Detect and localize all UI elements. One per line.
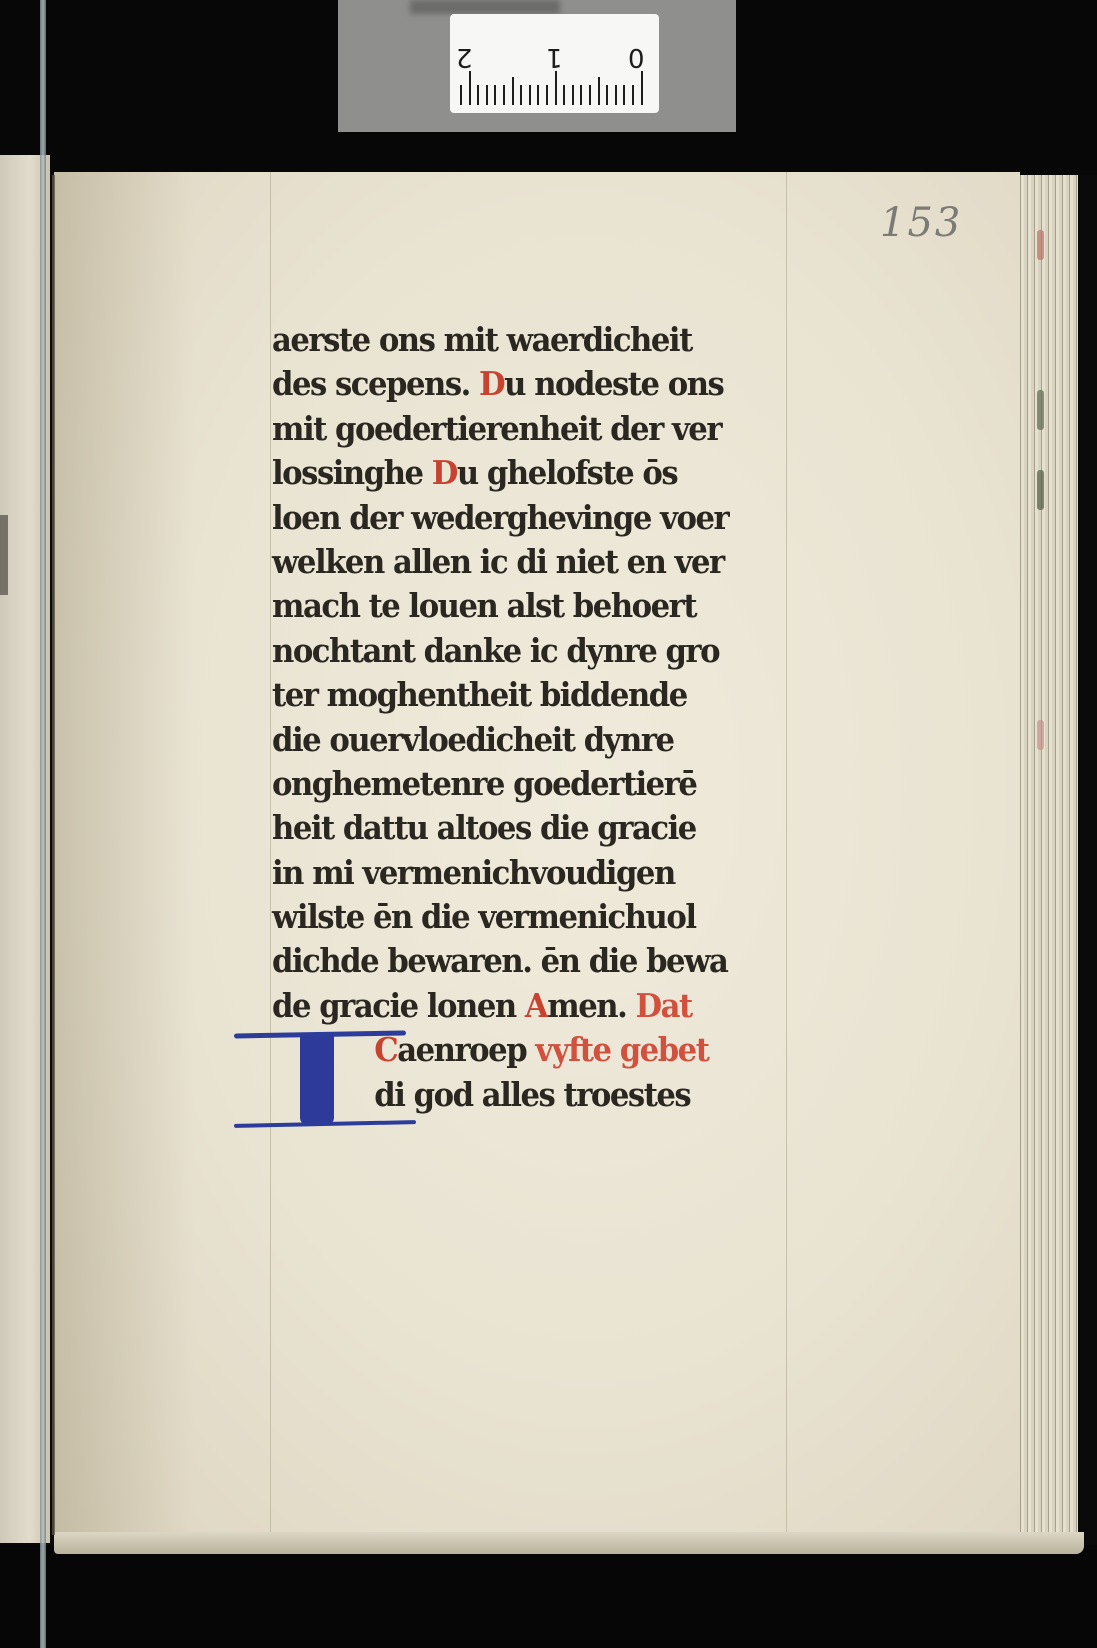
text-line: loen der wederghevinge voer — [272, 496, 774, 540]
scale-tick — [520, 85, 522, 105]
text-segment: des scepens. — [272, 364, 479, 403]
text-line: welken allen ic di niet en ver — [272, 540, 774, 584]
text-segment: in mi vermenichvoudigen — [272, 853, 675, 892]
glass-plate-edge — [40, 0, 46, 1648]
text-segment: wilste ēn die vermenichuol — [272, 897, 696, 936]
scale-tick — [503, 85, 505, 105]
centimeter-scale-ruler: 0 1 2 — [450, 14, 659, 113]
text-line: aerste ons mit waerdicheit — [272, 318, 774, 362]
text-line: mach te louen alst behoert — [272, 584, 774, 628]
text-segment: mit goedertierenheit der ver — [272, 409, 721, 448]
text-segment: onghemetenre goedertierē — [272, 764, 696, 803]
scale-ticks — [460, 65, 640, 105]
text-segment: heit dattu altoes die gracie — [272, 808, 696, 847]
scale-tick — [589, 85, 591, 105]
text-segment: mach te louen alst behoert — [272, 586, 696, 625]
text-segment: A — [525, 986, 547, 1025]
text-segment: ter moghentheit biddende — [272, 675, 687, 714]
scale-card-shadow — [410, 0, 560, 14]
fore-edge-decoration — [1037, 720, 1044, 750]
initial-bottom-serif — [234, 1120, 416, 1128]
fore-edge-decoration — [1037, 470, 1044, 510]
fore-edge-decoration — [1037, 230, 1044, 260]
scale-tick — [623, 85, 625, 105]
text-segment: dichde bewaren. ēn die bewa — [272, 941, 727, 980]
text-line: dichde bewaren. ēn die bewa — [272, 939, 774, 983]
text-segment: aerste ons mit waerdicheit — [272, 320, 692, 359]
scale-tick — [486, 85, 488, 105]
text-segment: u ghelofste ōs — [457, 453, 677, 492]
text-line: des scepens. Du nodeste ons — [272, 362, 774, 406]
rubric-text: Dat — [635, 986, 691, 1025]
scale-tick — [555, 71, 557, 105]
gutter-staining — [54, 172, 194, 1540]
scale-tick — [469, 71, 471, 105]
scale-tick — [512, 77, 514, 105]
scale-tick — [494, 85, 496, 105]
initial-stem — [300, 1036, 334, 1124]
text-segment: D — [479, 364, 504, 403]
text-line: heit dattu altoes die gracie — [272, 806, 774, 850]
scale-tick — [546, 85, 548, 105]
text-line: wilste ēn die vermenichuol — [272, 895, 774, 939]
book-bottom-edge — [54, 1532, 1084, 1554]
dark-backdrop-bottom — [0, 1545, 1097, 1648]
text-line: die ouervloedicheit dynre — [272, 718, 774, 762]
rubric-text: vyfte gebet — [535, 1030, 708, 1069]
scale-tick — [580, 85, 582, 105]
scale-tick — [606, 85, 608, 105]
text-segment: di god alles troestes — [374, 1075, 690, 1114]
page-stack-fore-edge — [1010, 175, 1078, 1543]
text-segment: u nodeste ons — [504, 364, 723, 403]
blue-initial-I — [234, 1032, 414, 1132]
text-segment: men. — [547, 986, 635, 1025]
scale-tick — [537, 85, 539, 105]
text-line: ter moghentheit biddende — [272, 673, 774, 717]
text-segment: D — [432, 453, 457, 492]
gutter-line — [52, 175, 55, 1535]
text-segment: loen der wederghevinge voer — [272, 498, 728, 537]
foliation-number: 153 — [880, 200, 962, 246]
text-line: in mi vermenichvoudigen — [272, 851, 774, 895]
text-segment: de gracie lonen — [272, 986, 525, 1025]
text-segment: nochtant danke ic dynre gro — [272, 631, 719, 670]
scale-tick — [529, 85, 531, 105]
ruling-line-left — [270, 172, 271, 1532]
scale-tick — [598, 77, 600, 105]
text-segment: aenroep — [397, 1030, 535, 1069]
scale-tick — [641, 71, 643, 105]
scale-tick — [632, 85, 634, 105]
text-line: de gracie lonen Amen. Dat — [272, 984, 774, 1028]
scale-tick — [460, 85, 462, 105]
scale-tick — [477, 85, 479, 105]
fore-edge-decoration — [1037, 390, 1044, 430]
text-segment: lossinghe — [272, 453, 432, 492]
text-line: nochtant danke ic dynre gro — [272, 629, 774, 673]
scale-tick — [615, 85, 617, 105]
scale-tick — [563, 85, 565, 105]
scale-tick — [572, 85, 574, 105]
text-line: onghemetenre goedertierē — [272, 762, 774, 806]
text-line: lossinghe Du ghelofste ōs — [272, 451, 774, 495]
text-line: mit goedertierenheit der ver — [272, 407, 774, 451]
text-segment: welken allen ic di niet en ver — [272, 542, 724, 581]
facing-page-text-fragment — [0, 515, 8, 595]
text-block: aerste ons mit waerdicheitdes scepens. D… — [272, 318, 812, 1117]
text-segment: die ouervloedicheit dynre — [272, 720, 674, 759]
